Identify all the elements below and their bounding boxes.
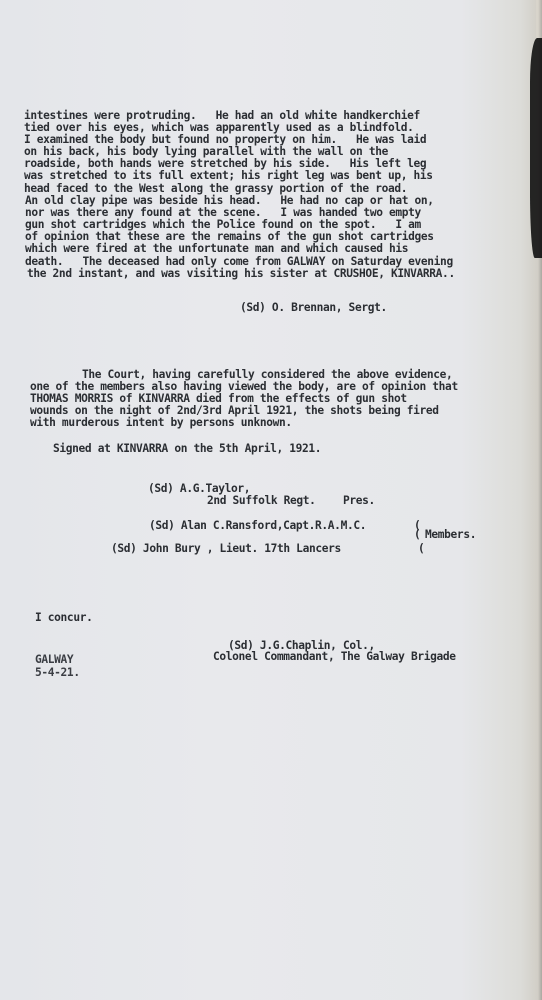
- evidence-line: the 2nd instant, and was visiting his si…: [27, 268, 455, 279]
- president-role: Pres.: [343, 495, 375, 506]
- finding-line: THOMAS MORRIS of KINVARRA died from the …: [30, 393, 407, 404]
- president-unit: 2nd Suffolk Regt.: [207, 495, 316, 506]
- concur-line: I concur.: [35, 612, 92, 623]
- finding-line: one of the members also having viewed th…: [30, 381, 458, 392]
- commander-title: Colonel Commandant, The Galway Brigade: [213, 651, 456, 662]
- page-edge-shadow: [538, 0, 542, 1000]
- document-page: intestines were protruding. He had an ol…: [0, 0, 542, 1000]
- evidence-line: on his back, his body lying parallel wit…: [24, 146, 388, 157]
- evidence-line: tied over his eyes, which was apparently…: [24, 122, 414, 133]
- members-bracket: (: [418, 543, 424, 554]
- place-line: GALWAY: [35, 654, 73, 665]
- evidence-line: death. The deceased had only come from G…: [25, 256, 453, 267]
- finding-line: wounds on the night of 2nd/3rd April 192…: [30, 405, 439, 416]
- evidence-line: An old clay pipe was beside his head. He…: [25, 195, 434, 206]
- evidence-line: gun shot cartridges which the Police fou…: [25, 219, 421, 230]
- finding-line: with murderous intent by persons unknown…: [30, 417, 292, 428]
- members-bracket: (: [414, 529, 420, 540]
- evidence-line: of opinion that these are the remains of…: [25, 231, 434, 242]
- evidence-line: intestines were protruding. He had an ol…: [24, 110, 420, 121]
- evidence-line: which were fired at the unfortunate man …: [25, 243, 408, 254]
- evidence-line: nor was there any found at the scene. I …: [25, 207, 421, 218]
- witness-signature: (Sd) O. Brennan, Sergt.: [240, 302, 387, 313]
- evidence-line: was stretched to its full extent; his ri…: [24, 170, 433, 181]
- signed-at-line: Signed at KINVARRA on the 5th April, 192…: [53, 443, 321, 454]
- evidence-line: roadside, both hands were stretched by h…: [24, 158, 426, 169]
- finding-line: The Court, having carefully considered t…: [82, 369, 452, 380]
- member-signature: (Sd) John Bury , Lieut. 17th Lancers: [111, 543, 341, 554]
- president-name: (Sd) A.G.Taylor,: [148, 483, 250, 494]
- member-signature: (Sd) Alan C.Ransford,Capt.R.A.M.C.: [149, 520, 366, 531]
- evidence-line: head faced to the West along the grassy …: [24, 183, 407, 194]
- date-line: 5-4-21.: [35, 667, 80, 678]
- members-label: Members.: [425, 529, 476, 540]
- evidence-line: I examined the body but found no propert…: [24, 134, 426, 145]
